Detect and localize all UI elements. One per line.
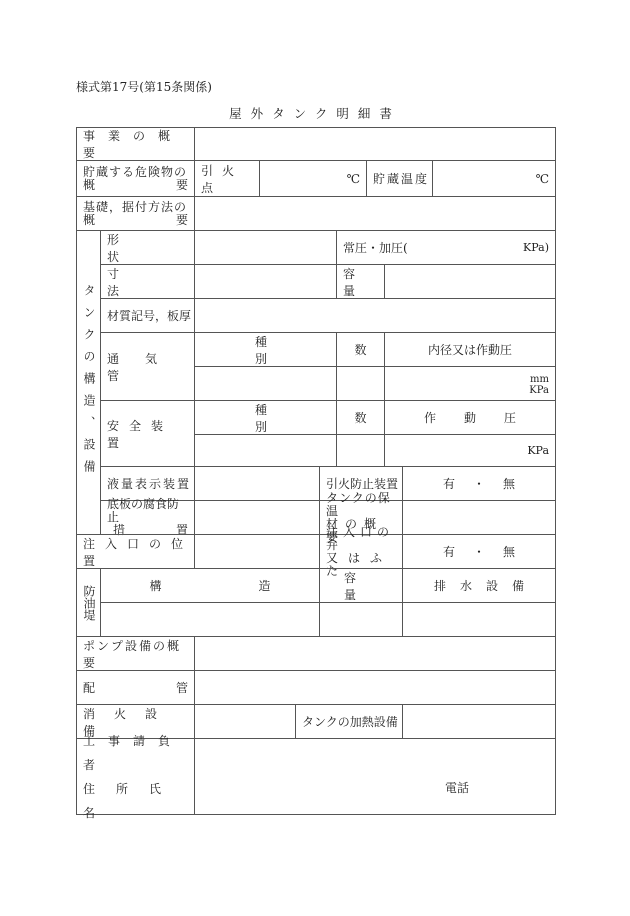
bottom-corrosion-field[interactable] xyxy=(194,500,320,535)
shape-label: 形状 xyxy=(100,230,195,265)
label-part: 概 xyxy=(83,179,95,192)
flash-point-label: 引火点 xyxy=(194,160,260,197)
label-part: 概 xyxy=(83,214,95,227)
header-part: 構 xyxy=(149,577,161,594)
pressure-field[interactable]: 常圧・加圧( KPa) xyxy=(336,230,556,265)
business-overview-label: 事業の概要 xyxy=(76,127,195,161)
unit-kpa: KPa xyxy=(527,444,549,457)
safety-device-label: 安全装置 xyxy=(100,400,195,467)
fire-equipment-field[interactable] xyxy=(194,704,296,739)
contractor-line2: 住所氏名 xyxy=(83,777,188,825)
safety-pressure-header: 作動圧 xyxy=(384,400,556,435)
flame-arrester-choice[interactable]: 有・無 xyxy=(402,466,556,501)
dike-label: 防油堤 xyxy=(76,568,101,637)
heating-label: タンクの加熱設備 xyxy=(295,704,403,739)
shape-label-text: 形状 xyxy=(107,231,188,265)
vent-count-header: 数 xyxy=(336,332,385,367)
foundation-field[interactable] xyxy=(194,196,556,231)
label-part: 配 xyxy=(83,679,95,696)
hazmat-label: 貯蔵する危険物の 概要 xyxy=(76,160,195,197)
safety-pressure-field[interactable]: KPa xyxy=(384,434,556,467)
foundation-label: 基礎，据付方法の 概要 xyxy=(76,196,195,231)
level-indicator-field[interactable] xyxy=(194,466,320,501)
pressure-label: 常圧・加圧( xyxy=(343,239,408,256)
capacity-field[interactable] xyxy=(384,264,556,299)
storage-temp-field[interactable]: ℃ xyxy=(432,160,556,197)
safety-type-field[interactable] xyxy=(194,434,337,467)
inlet-valve-line1: 注入口の弁 xyxy=(326,526,396,552)
unit-kpa: KPa xyxy=(529,385,549,396)
celsius-unit: ℃ xyxy=(347,172,360,186)
celsius-unit: ℃ xyxy=(536,172,549,186)
dike-capacity-field[interactable] xyxy=(319,602,403,637)
unit-mm: mm xyxy=(530,374,549,385)
level-indicator-label: 液量表示装置 xyxy=(100,466,195,501)
contractor-label: 工事請負者 住所氏名 xyxy=(76,738,195,815)
bottom-corrosion-line1: 底板の腐食防止 xyxy=(107,498,188,524)
vent-type-field[interactable] xyxy=(194,366,337,401)
pressure-unit: KPa) xyxy=(523,241,549,254)
business-overview-field[interactable] xyxy=(194,127,556,161)
vent-size-header: 内径又は作動圧 xyxy=(384,332,556,367)
dike-structure-field[interactable] xyxy=(100,602,320,637)
header-part: 造 xyxy=(258,577,270,594)
safety-type-header: 種別 xyxy=(194,400,337,435)
dike-drainage-header: 排水設備 xyxy=(402,568,556,603)
material-label: 材質記号，板厚 xyxy=(100,298,195,333)
flash-point-field[interactable]: ℃ xyxy=(259,160,367,197)
hazmat-label-line1: 貯蔵する危険物の xyxy=(83,166,188,179)
dimensions-field[interactable] xyxy=(194,264,337,299)
insulation-line1: タンクの保温 xyxy=(326,492,396,518)
business-overview-text: 事業の概要 xyxy=(83,127,188,161)
piping-label: 配 管 xyxy=(76,670,195,705)
inlet-position-field[interactable] xyxy=(194,534,320,569)
dimensions-label-text: 寸法 xyxy=(107,265,188,299)
vent-pipe-label: 通気管 xyxy=(100,332,195,401)
insulation-field[interactable] xyxy=(402,500,556,535)
contractor-line1: 工事請負者 xyxy=(83,729,188,777)
inlet-valve-label: 注入口の弁 又はふた xyxy=(319,534,403,569)
vent-count-field[interactable] xyxy=(336,366,385,401)
dimensions-label: 寸法 xyxy=(100,264,195,299)
label-part: 要 xyxy=(176,179,188,192)
label-part: 要 xyxy=(176,214,188,227)
tank-structure-group-label: タンクの構造、設備 xyxy=(76,230,101,535)
vent-size-field[interactable]: mm KPa xyxy=(384,366,556,401)
contractor-field[interactable]: 電話 xyxy=(194,738,556,815)
pump-label: ポンプ設備の概要 xyxy=(76,636,195,671)
heating-field[interactable] xyxy=(402,704,556,739)
label-part: 管 xyxy=(176,679,188,696)
inlet-valve-choice[interactable]: 有・無 xyxy=(402,534,556,569)
inlet-position-label: 注入口の位置 xyxy=(76,534,195,569)
pump-field[interactable] xyxy=(194,636,556,671)
hazmat-label-line2: 概要 xyxy=(83,179,188,192)
piping-field[interactable] xyxy=(194,670,556,705)
safety-count-field[interactable] xyxy=(336,434,385,467)
foundation-label-line1: 基礎，据付方法の xyxy=(83,201,188,214)
safety-count-header: 数 xyxy=(336,400,385,435)
page-title: 屋外タンク明細書 xyxy=(0,104,630,122)
phone-label: 電話 xyxy=(445,779,469,796)
capacity-label: 容量 xyxy=(336,264,385,299)
foundation-label-line2: 概要 xyxy=(83,214,188,227)
shape-field[interactable] xyxy=(194,230,337,265)
form-number: 様式第17号(第15条関係) xyxy=(76,78,212,95)
dike-drainage-field[interactable] xyxy=(402,602,556,637)
storage-temp-label: 貯蔵温度 xyxy=(366,160,433,197)
bottom-corrosion-label: 底板の腐食防止 措置 xyxy=(100,500,195,535)
material-field[interactable] xyxy=(194,298,556,333)
vent-type-header: 種別 xyxy=(194,332,337,367)
dike-capacity-header: 容量 xyxy=(319,568,403,603)
dike-structure-header: 構 造 xyxy=(100,568,320,603)
